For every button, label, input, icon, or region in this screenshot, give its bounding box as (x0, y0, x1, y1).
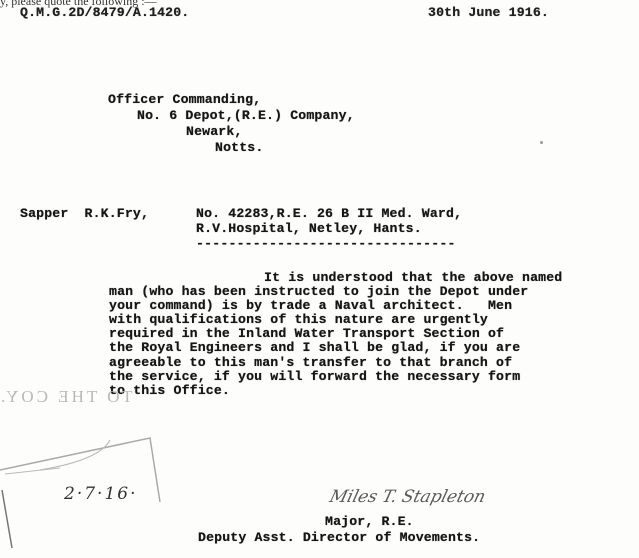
faded-stamp-text: TO THE COY. (0, 387, 133, 407)
body-line: the Royal Engineers and I shall be glad,… (109, 341, 562, 355)
addressee-line-1: Officer Commanding, (108, 93, 261, 107)
signatory-rank: Major, R.E. (325, 515, 414, 529)
subject-line-2: R.V.Hospital, Netley, Hants. (196, 222, 422, 236)
handwritten-date: 2·7·16· (64, 484, 137, 504)
body-line: with qualifications of this nature are u… (109, 313, 562, 327)
body-line: the service, if you will forward the nec… (109, 370, 562, 384)
subject-underline: -------------------------------- (196, 237, 456, 251)
signature: Miles T. Stapleton (328, 487, 488, 507)
reference-number: Q.M.G.2D/8479/A.1420. (20, 6, 189, 20)
body-line: agreeable to this man's transfer to that… (109, 356, 562, 370)
body-line: required in the Inland Water Transport S… (109, 327, 562, 341)
addressee-line-2: No. 6 Depot,(R.E.) Company, (137, 109, 355, 123)
addressee-line-4: Notts. (215, 141, 263, 155)
letter-body: It is understood that the above named ma… (109, 271, 562, 398)
body-line: It is understood that the above named (109, 271, 562, 285)
body-line: man (who has been instructed to join the… (109, 285, 562, 299)
subject-name: Sapper R.K.Fry, (20, 207, 149, 221)
ink-speck (540, 141, 543, 144)
letter-date: 30th June 1916. (428, 6, 549, 20)
subject-line-1: No. 42283,R.E. 26 B II Med. Ward, (196, 207, 462, 221)
signatory-title: Deputy Asst. Director of Movements. (198, 531, 480, 545)
body-line: your command) is by trade a Naval archit… (109, 299, 562, 313)
body-line: to this Office. (109, 384, 562, 398)
addressee-line-3: Newark, (186, 125, 242, 139)
letter-page: y, please quote the following :— Q.M.G.2… (0, 0, 639, 558)
